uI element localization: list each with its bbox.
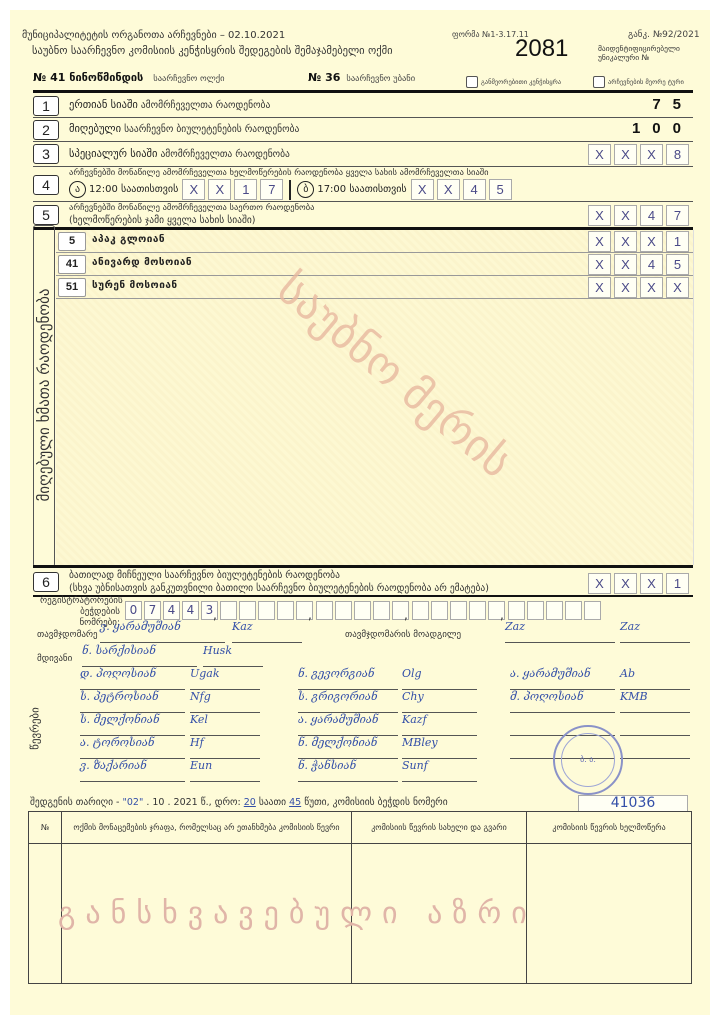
seal-digit[interactable]: 7: [144, 601, 161, 620]
digit-cell[interactable]: 8: [666, 144, 689, 165]
digit-cell[interactable]: X: [640, 277, 663, 298]
seal-digit[interactable]: [335, 601, 352, 620]
digit-cell[interactable]: X: [614, 254, 637, 275]
row-label-text: საარჩევნო ბიულეტენების რაოდენობა: [124, 124, 299, 135]
minute-label: წუთი, კომისიის ბეჭდის ნომერი: [304, 797, 447, 808]
recount-checkbox[interactable]: [466, 76, 478, 88]
member-name[interactable]: ა. ყარამუშიან: [298, 713, 398, 736]
row-label-text: ამომრჩეველთა რაოდენობა: [141, 100, 270, 111]
digit-field[interactable]: X X 4 7: [588, 205, 689, 226]
seal-digit[interactable]: [258, 601, 275, 620]
digit-cell[interactable]: 7: [260, 179, 283, 200]
seal-number-field[interactable]: 41036: [578, 795, 688, 812]
seal-digit[interactable]: [565, 601, 582, 620]
seal-digit[interactable]: [373, 601, 390, 620]
row-label-bold: სპეციალურ სიაში: [69, 148, 157, 160]
digit-cell[interactable]: X: [614, 231, 637, 252]
member-signature[interactable]: Hf: [190, 736, 260, 759]
member-signature-empty[interactable]: [620, 736, 690, 759]
digit-field-17[interactable]: X X 4 5: [411, 179, 512, 200]
registrar-seal-field[interactable]: [316, 601, 409, 620]
member-signature-empty[interactable]: [620, 713, 690, 736]
candidate-number: 51: [58, 278, 86, 297]
precinct: № 36საარჩევნო უბანი: [308, 71, 415, 84]
digit-cell[interactable]: 1: [666, 573, 689, 594]
secretary-label: მდივანი: [37, 654, 72, 664]
dissent-watermark: განსხვავებული აზრი: [58, 896, 537, 931]
cell-signature[interactable]: [527, 844, 692, 984]
digit-cell[interactable]: X: [208, 179, 231, 200]
member-name[interactable]: ა. ტოროსიან: [80, 736, 185, 759]
col-header-number: №: [29, 812, 62, 844]
option-a-marker: ა: [69, 181, 86, 198]
member-signature[interactable]: Ab: [620, 667, 690, 690]
digit-cell[interactable]: X: [640, 231, 663, 252]
seal-digit[interactable]: [220, 601, 237, 620]
row-total-participants: 5 არჩევნებში მონაწილე ამომრჩეველთა საერთ…: [33, 203, 693, 230]
row-sublabel: (ხელმოწერების ჯამი ყველა სახის სიაში): [69, 215, 255, 226]
digit-cell[interactable]: X: [640, 144, 663, 165]
time-minute[interactable]: 45: [289, 797, 301, 808]
digit-cell[interactable]: X: [411, 179, 434, 200]
row-value: 100: [632, 120, 693, 137]
digit-cell[interactable]: X: [588, 231, 611, 252]
row-label: ბათილად მიჩნეული საარჩევნო ბიულეტენების …: [69, 570, 340, 581]
row-number: 6: [33, 572, 59, 592]
digit-cell[interactable]: 4: [640, 254, 663, 275]
candidate-name: სურენ მოსოიან: [92, 280, 178, 291]
members-label-text: წევრები: [29, 699, 42, 759]
candidate-row: 41 ანივარდ მოსოიან X X 4 5: [56, 253, 693, 276]
digit-cell[interactable]: X: [614, 144, 637, 165]
member-name[interactable]: ნ. ჭანსიან: [298, 759, 398, 782]
candidate-name: აპაკ გლოიან: [92, 234, 165, 245]
digit-cell[interactable]: 1: [666, 231, 689, 252]
row-label: მიღებული საარჩევნო ბიულეტენების რაოდენობ…: [69, 123, 299, 135]
chair-label: თავმჯდომარე: [37, 630, 98, 640]
seal-digit[interactable]: [469, 601, 486, 620]
cell-number[interactable]: [29, 844, 62, 984]
hour-label: საათი: [259, 797, 286, 808]
registrar-seal-field[interactable]: [508, 601, 601, 620]
seal-digit[interactable]: [239, 601, 256, 620]
member-name[interactable]: ს. გრიგორიან: [298, 690, 398, 713]
seal-digit[interactable]: [546, 601, 563, 620]
candidate-number: 5: [58, 232, 86, 251]
candidate-name: ანივარდ მოსოიან: [92, 257, 192, 268]
deputy-chair-label: თავმჯდომარის მოადგილე: [345, 630, 461, 640]
digit-cell[interactable]: 4: [463, 179, 486, 200]
digit-cell[interactable]: X: [614, 277, 637, 298]
chair-signature[interactable]: Kaz: [232, 620, 302, 643]
digit-cell[interactable]: X: [588, 254, 611, 275]
row-special-list: 3 სპეციალურ სიაში ამომრჩეველთა რაოდენობა…: [33, 143, 693, 167]
member-signature[interactable]: Ugak: [190, 667, 260, 690]
separator: [289, 180, 291, 200]
seal-digit[interactable]: [584, 601, 601, 620]
identifier-code: 2081: [515, 35, 568, 63]
row-number: 1: [33, 96, 59, 116]
digit-cell[interactable]: X: [640, 573, 663, 594]
member-signature[interactable]: Nfg: [190, 690, 260, 713]
district-number: № 41 ნინოწმინდის: [33, 71, 143, 84]
candidate-row: 5 აპაკ გლოიან X X X 1: [56, 230, 693, 253]
member-name[interactable]: ვ. ზაქარიან: [80, 759, 185, 782]
identifier-label: მაიდენტიფიცირებელი უნიკალური №: [598, 44, 658, 62]
member-signature[interactable]: MBley: [402, 736, 477, 759]
row-label: სპეციალურ სიაში ამომრჩეველთა რაოდენობა: [69, 148, 290, 160]
seal-digit[interactable]: [431, 601, 448, 620]
precinct-label: საარჩევნო უბანი: [346, 74, 415, 84]
member-signature[interactable]: Eun: [190, 759, 260, 782]
row-number: 2: [33, 120, 59, 140]
member-signature[interactable]: Kazf: [402, 713, 477, 736]
digit-cell[interactable]: 4: [640, 205, 663, 226]
col-header-member-name: კომისიის წევრის სახელი და გვარი: [352, 812, 527, 844]
digit-cell[interactable]: X: [588, 144, 611, 165]
digit-cell[interactable]: 5: [666, 254, 689, 275]
member-name[interactable]: ნ. გევორგიან: [298, 667, 398, 690]
digit-field-12[interactable]: X X 1 7: [182, 179, 283, 200]
registrar-seal-field[interactable]: [220, 601, 313, 620]
chair-name[interactable]: ვ. ყარამუშიან: [100, 620, 225, 643]
digit-field[interactable]: X X X 8: [588, 144, 689, 165]
registrar-seal-field[interactable]: [412, 601, 505, 620]
row-label: ერთიან სიაში ამომრჩეველთა რაოდენობა: [69, 99, 270, 111]
seal-digit[interactable]: [508, 601, 525, 620]
table-header-row: № ოქმის მონაცემების ჯრაფა, რომელსაც არ ე…: [29, 812, 692, 844]
row-number: 5: [33, 205, 59, 225]
row-label: არჩევნებში მონაწილე ამომრჩეველთა საერთო …: [69, 203, 314, 213]
time-hour[interactable]: 20: [244, 797, 256, 808]
digit-cell[interactable]: 7: [666, 205, 689, 226]
time-12: ა 12:00 საათისთვის X X 1 7 ბ 17:00 საათი…: [69, 179, 512, 200]
members-label: წევრები: [25, 700, 39, 760]
votes-label-text: მიღებული ხმათა რაოდენობა: [35, 225, 53, 565]
date-year: 2021 წ., დრო:: [174, 797, 241, 808]
second-round-checkbox[interactable]: [593, 76, 605, 88]
row-number: 3: [33, 144, 59, 164]
time-12-label: 12:00 საათისთვის: [89, 184, 178, 195]
second-round-option[interactable]: არჩევნების მეორე ტური: [593, 76, 684, 88]
order-number: განკ. №92/2021: [628, 30, 700, 40]
time-17-label: 17:00 საათისთვის: [317, 184, 406, 195]
precinct-number: № 36: [308, 71, 340, 84]
digit-cell[interactable]: X: [182, 179, 205, 200]
row-ballots-received: 2 მიღებული საარჩევნო ბიულეტენების რაოდენ…: [33, 119, 693, 142]
seal-digit[interactable]: 4: [182, 601, 199, 620]
second-round-label: არჩევნების მეორე ტური: [608, 78, 684, 86]
row-value: 75: [652, 96, 693, 113]
vote-digit-field[interactable]: X X X 1: [588, 231, 689, 252]
row-sublabel: (სხვა უბნისათვის განკუთვნილი ბათილი საარ…: [69, 583, 489, 594]
member-name[interactable]: ს. მელქონიან: [80, 713, 185, 736]
col-header-item: ოქმის მონაცემების ჯრაფა, რომელსაც არ ეთა…: [62, 812, 352, 844]
registrar-seal-field[interactable]: 0 7 4 4 3: [125, 601, 218, 620]
row-label-bold: ერთიან სიაში: [69, 99, 138, 111]
commission-stamp: ბ. ა.: [553, 725, 623, 795]
member-name[interactable]: ს. პეტროსიან: [80, 690, 185, 713]
vote-digit-field[interactable]: X X 4 5: [588, 254, 689, 275]
col-header-signature: კომისიის წევრის ხელმოწერა: [527, 812, 692, 844]
member-name[interactable]: ა. ყარამუშიან: [510, 667, 615, 690]
candidate-number: 41: [58, 255, 86, 274]
row-label: არჩევნებში მონაწილე ამომრჩეველთა ხელმოწე…: [69, 168, 489, 178]
member-signature[interactable]: Olg: [402, 667, 477, 690]
digit-cell[interactable]: X: [437, 179, 460, 200]
seal-digit[interactable]: [412, 601, 429, 620]
district: № 41 ნინოწმინდისსაარჩევნო ოლქი: [33, 71, 225, 84]
digit-cell[interactable]: X: [614, 573, 637, 594]
votes-section-label: მიღებული ხმათა რაოდენობა: [33, 225, 55, 567]
row-invalid-ballots: 6 ბათილად მიჩნეული საარჩევნო ბიულეტენები…: [33, 570, 693, 597]
secretary-signature[interactable]: Husk: [203, 644, 263, 667]
divider: [33, 90, 693, 93]
member-name[interactable]: მ. პოღოსიან: [510, 690, 615, 713]
separator: ,: [308, 608, 312, 622]
member-name[interactable]: დ. პოღოსიან: [80, 667, 185, 690]
digit-cell[interactable]: X: [614, 205, 637, 226]
protocol-title: საუბნო საარჩევნო კომისიის კენჭისყრის შედ…: [32, 45, 393, 57]
seal-digit[interactable]: [316, 601, 333, 620]
recount-option[interactable]: განმეორებითი კენჭისყრა: [466, 76, 561, 88]
member-signature[interactable]: Chy: [402, 690, 477, 713]
digit-cell[interactable]: 5: [489, 179, 512, 200]
vote-digit-field[interactable]: X X X X: [588, 277, 689, 298]
member-signature[interactable]: Sunf: [402, 759, 477, 782]
election-title: მუნიციპალიტეტის ორგანოთა არჩევნები – 02.…: [22, 30, 285, 41]
digit-cell[interactable]: X: [666, 277, 689, 298]
seal-digit[interactable]: [277, 601, 294, 620]
row-signatures-count: 4 არჩევნებში მონაწილე ამომრჩეველთა ხელმო…: [33, 168, 693, 202]
digit-cell[interactable]: X: [588, 205, 611, 226]
seal-digit[interactable]: [527, 601, 544, 620]
compiled-date-line: შედგენის თარიღი - "02" . 10 . 2021 წ., დ…: [30, 797, 448, 808]
district-label: საარჩევნო ოლქი: [153, 74, 224, 84]
secretary-name[interactable]: ნ. სარქისიან: [82, 644, 197, 667]
date-month: 10: [152, 797, 164, 808]
row-label-text: ამომრჩეველთა რაოდენობა: [160, 149, 289, 160]
digit-cell[interactable]: X: [588, 277, 611, 298]
member-signature[interactable]: Kel: [190, 713, 260, 736]
row-label-bold: მიღებული: [69, 123, 121, 135]
digit-cell[interactable]: X: [588, 573, 611, 594]
divider: [33, 565, 693, 568]
date-prefix: შედგენის თარიღი -: [30, 797, 119, 808]
date-day[interactable]: "02": [123, 797, 144, 808]
digit-cell[interactable]: 1: [234, 179, 257, 200]
deputy-chair-name[interactable]: Zaz: [505, 620, 615, 643]
row-number: 4: [33, 175, 59, 195]
separator: ,: [404, 608, 408, 622]
separator: ,: [500, 608, 504, 622]
seal-digit[interactable]: [450, 601, 467, 620]
seal-digit[interactable]: 4: [163, 601, 180, 620]
member-signature[interactable]: KMB: [620, 690, 690, 713]
row-voters-unified-list: 1 ერთიან სიაში ამომრჩეველთა რაოდენობა 75: [33, 95, 693, 118]
seal-digit[interactable]: 0: [125, 601, 142, 620]
digit-field[interactable]: X X X 1: [588, 573, 689, 594]
deputy-chair-signature[interactable]: Zaz: [620, 620, 690, 643]
member-name[interactable]: ნ. მელქონიან: [298, 736, 398, 759]
option-b-marker: ბ: [297, 181, 314, 198]
recount-label: განმეორებითი კენჭისყრა: [481, 78, 561, 86]
candidate-row: 51 სურენ მოსოიან X X X X: [56, 276, 693, 299]
seal-digit[interactable]: [354, 601, 371, 620]
